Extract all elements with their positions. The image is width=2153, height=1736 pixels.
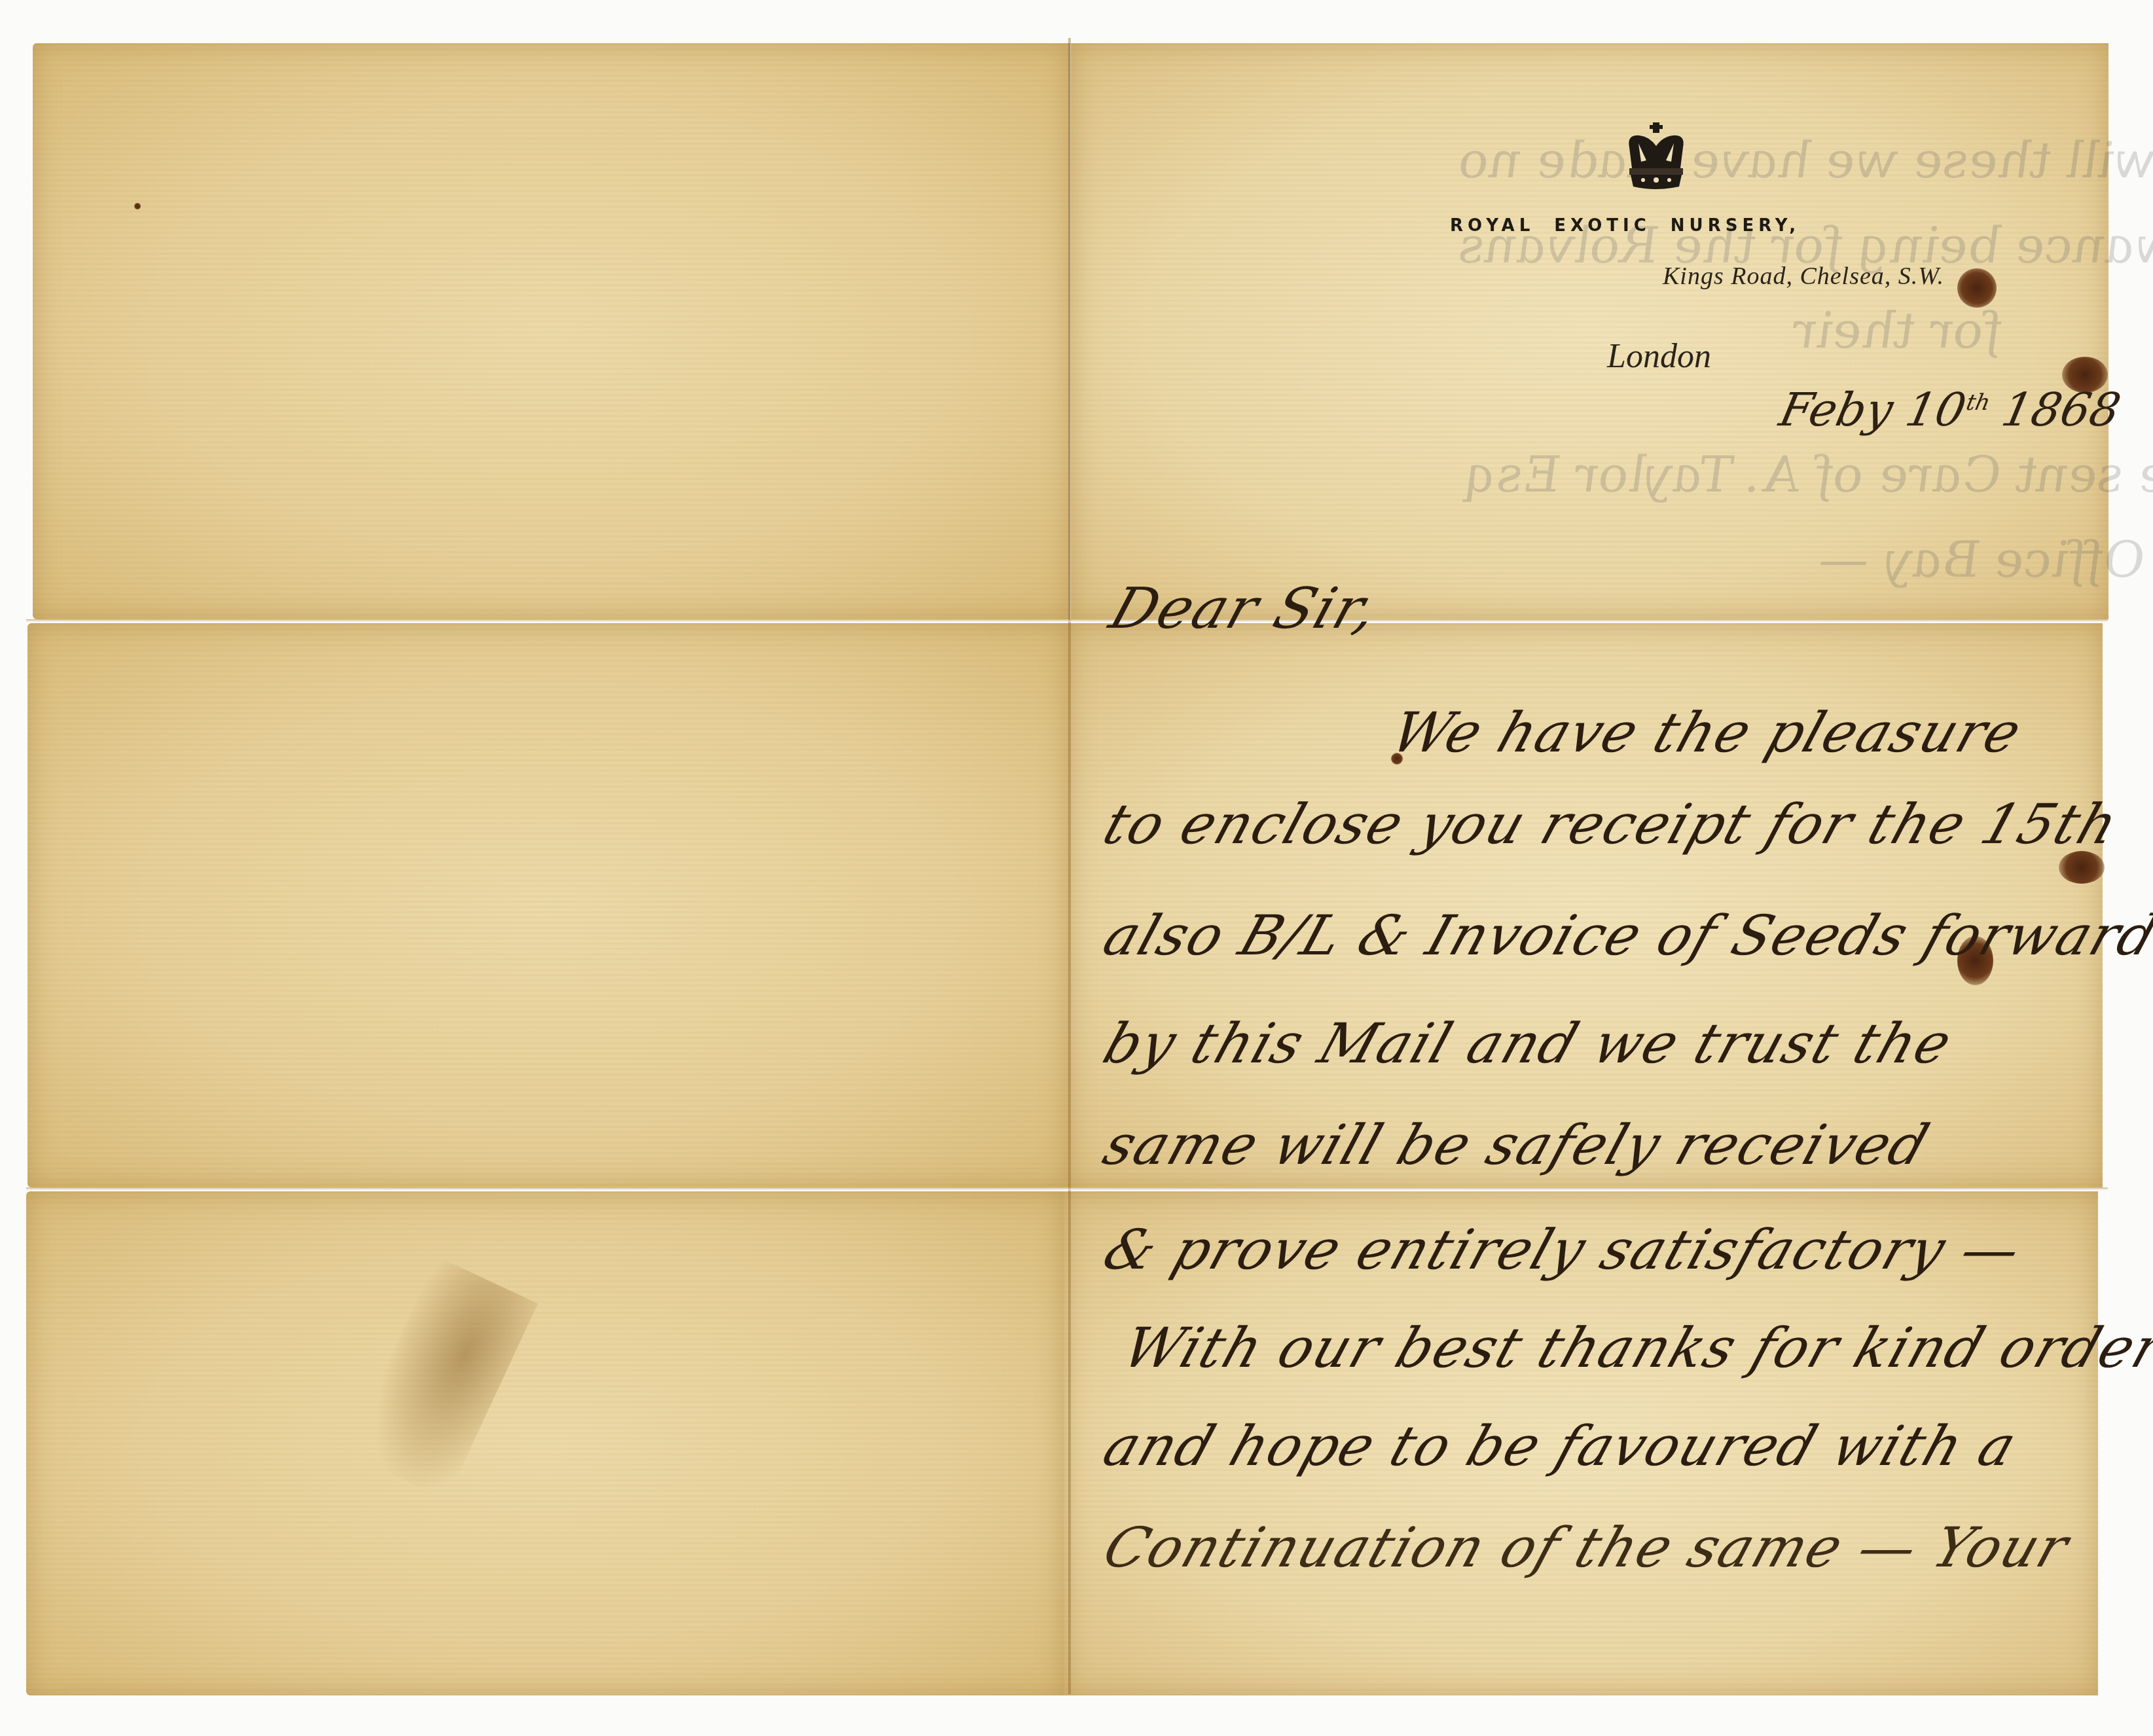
letterhead-address: Kings Road, Chelsea, S.W. — [1663, 262, 1944, 291]
left-page-top-panel — [33, 43, 1070, 619]
body-line: by this Mail and we trust the — [1096, 1011, 1961, 1076]
body-line: also B/L & Invoice of Seeds forwarded — [1096, 903, 2153, 967]
salutation: Dear Sir, — [1102, 576, 1387, 642]
body-line: & prove entirely satisfactory — — [1096, 1218, 2030, 1282]
date-month: Feby — [1775, 383, 1898, 437]
bleed-through-line: for their — [1784, 301, 2012, 359]
date-year: 1868 — [1997, 383, 2126, 437]
horizontal-fold-line-upper — [26, 619, 2108, 622]
crown-icon — [1620, 121, 1692, 190]
date-suffix: th — [1964, 389, 1993, 416]
letterhead-firm-name: ROYAL EXOTIC NURSERY, — [1450, 216, 1800, 236]
body-line: to enclose you receipt for the 15th — [1096, 792, 2127, 856]
bleed-through-line: will these we have made no — [1451, 131, 2153, 189]
body-line: We have the pleasure — [1384, 700, 2031, 765]
letterhead-city: London — [1607, 337, 1711, 376]
date-day: 10 — [1901, 383, 1971, 437]
left-page-bottom-panel — [26, 1191, 1064, 1695]
bleed-through-line: they are sent Care of A. Taylor Esq — [1457, 445, 2153, 503]
horizontal-fold-line-lower — [26, 1187, 2108, 1190]
body-line: same will be safely received — [1096, 1113, 1938, 1177]
letter-scan: will these we have made no allowance bei… — [0, 0, 2153, 1736]
letter-date: Feby 10th 1868 — [1775, 383, 2125, 437]
dark-spot — [134, 203, 141, 209]
vertical-fold-line — [1068, 38, 1071, 1694]
body-line: Continuation of the same — Your — [1096, 1515, 2077, 1580]
left-page-middle-panel — [27, 623, 1068, 1187]
bleed-through-line: Office Bay — — [1811, 530, 2153, 588]
body-line: With our best thanks for kind order — [1115, 1316, 2153, 1380]
body-line: and hope to be favoured with a — [1096, 1414, 2025, 1478]
